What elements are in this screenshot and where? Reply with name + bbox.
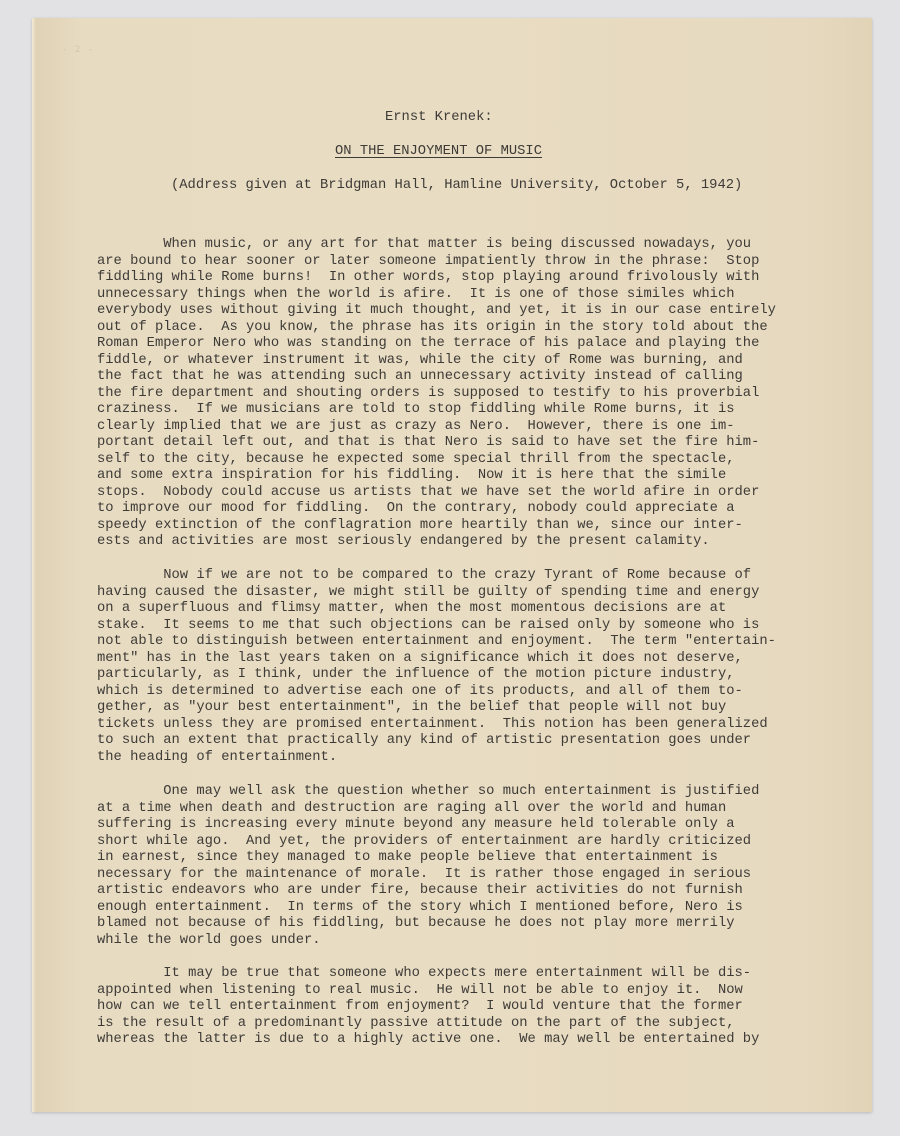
text-line: artistic endeavors who are under fire, b… — [97, 883, 759, 900]
text-line: craziness. If we musicians are told to s… — [97, 402, 776, 419]
text-line: short while ago. And yet, the providers … — [97, 834, 759, 851]
text-line: which is determined to advertise each on… — [97, 684, 776, 701]
paragraph-1: When music, or any art for that matter i… — [97, 237, 776, 551]
text-line: to such an extent that practically any k… — [97, 733, 776, 750]
text-line: ment" has in the last years taken on a s… — [97, 651, 776, 668]
text-line: whereas the latter is due to a highly ac… — [97, 1032, 759, 1049]
text-line: how can we tell entertainment from enjoy… — [97, 999, 759, 1016]
text-line: self to the city, because he expected so… — [97, 452, 776, 469]
text-line: at a time when death and destruction are… — [97, 801, 759, 818]
text-line: out of place. As you know, the phrase ha… — [97, 320, 776, 337]
text-line: speedy extinction of the conflagration m… — [97, 518, 776, 535]
text-line: portant detail left out, and that is tha… — [97, 435, 776, 452]
text-line: in earnest, since they managed to make p… — [97, 850, 759, 867]
text-line: stops. Nobody could accuse us artists th… — [97, 485, 776, 502]
text-line: the fact that he was attending such an u… — [97, 369, 776, 386]
paragraph-4: It may be true that someone who expects … — [97, 966, 759, 1049]
text-line: to improve our mood for fiddling. On the… — [97, 501, 776, 518]
text-line: stake. It seems to me that such objectio… — [97, 618, 776, 635]
author-heading: Ernst Krenek: — [385, 110, 493, 127]
text-line: It may be true that someone who expects … — [97, 966, 759, 983]
document-subtitle: (Address given at Bridgman Hall, Hamline… — [171, 178, 742, 195]
text-line: the heading of entertainment. — [97, 750, 776, 767]
paragraph-2: Now if we are not to be compared to the … — [97, 568, 776, 766]
archive-mark: - 2 - — [62, 45, 94, 55]
text-line: Roman Emperor Nero who was standing on t… — [97, 336, 776, 353]
text-line: on a superfluous and flimsy matter, when… — [97, 601, 776, 618]
text-line: gether, as "your best entertainment", in… — [97, 700, 776, 717]
text-line: ests and activities are most seriously e… — [97, 534, 776, 551]
text-line: not able to distinguish between entertai… — [97, 634, 776, 651]
text-line: enough entertainment. In terms of the st… — [97, 900, 759, 917]
text-line: fiddle, or whatever instrument it was, w… — [97, 353, 776, 370]
text-line: When music, or any art for that matter i… — [97, 237, 776, 254]
paper-edge — [32, 18, 36, 1112]
text-line: everybody uses without giving it much th… — [97, 303, 776, 320]
text-line: having caused the disaster, we might sti… — [97, 585, 776, 602]
text-line: tickets unless they are promised enterta… — [97, 717, 776, 734]
text-line: necessary for the maintenance of morale.… — [97, 867, 759, 884]
text-line: while the world goes under. — [97, 933, 759, 950]
text-line: particularly, as I think, under the infl… — [97, 667, 776, 684]
text-line: blamed not because of his fiddling, but … — [97, 916, 759, 933]
text-line: fiddling while Rome burns! In other word… — [97, 270, 776, 287]
text-line: are bound to hear sooner or later someon… — [97, 254, 776, 271]
text-line: unnecessary things when the world is afi… — [97, 287, 776, 304]
text-line: suffering is increasing every minute bey… — [97, 817, 759, 834]
document-title: ON THE ENJOYMENT OF MUSIC — [335, 144, 542, 161]
text-line: appointed when listening to real music. … — [97, 983, 759, 1000]
paragraph-3: One may well ask the question whether so… — [97, 784, 759, 949]
text-line: the fire department and shouting orders … — [97, 386, 776, 403]
text-line: clearly implied that we are just as craz… — [97, 419, 776, 436]
text-line: is the result of a predominantly passive… — [97, 1016, 759, 1033]
text-line: One may well ask the question whether so… — [97, 784, 759, 801]
text-line: and some extra inspiration for his fiddl… — [97, 468, 776, 485]
text-line: Now if we are not to be compared to the … — [97, 568, 776, 585]
